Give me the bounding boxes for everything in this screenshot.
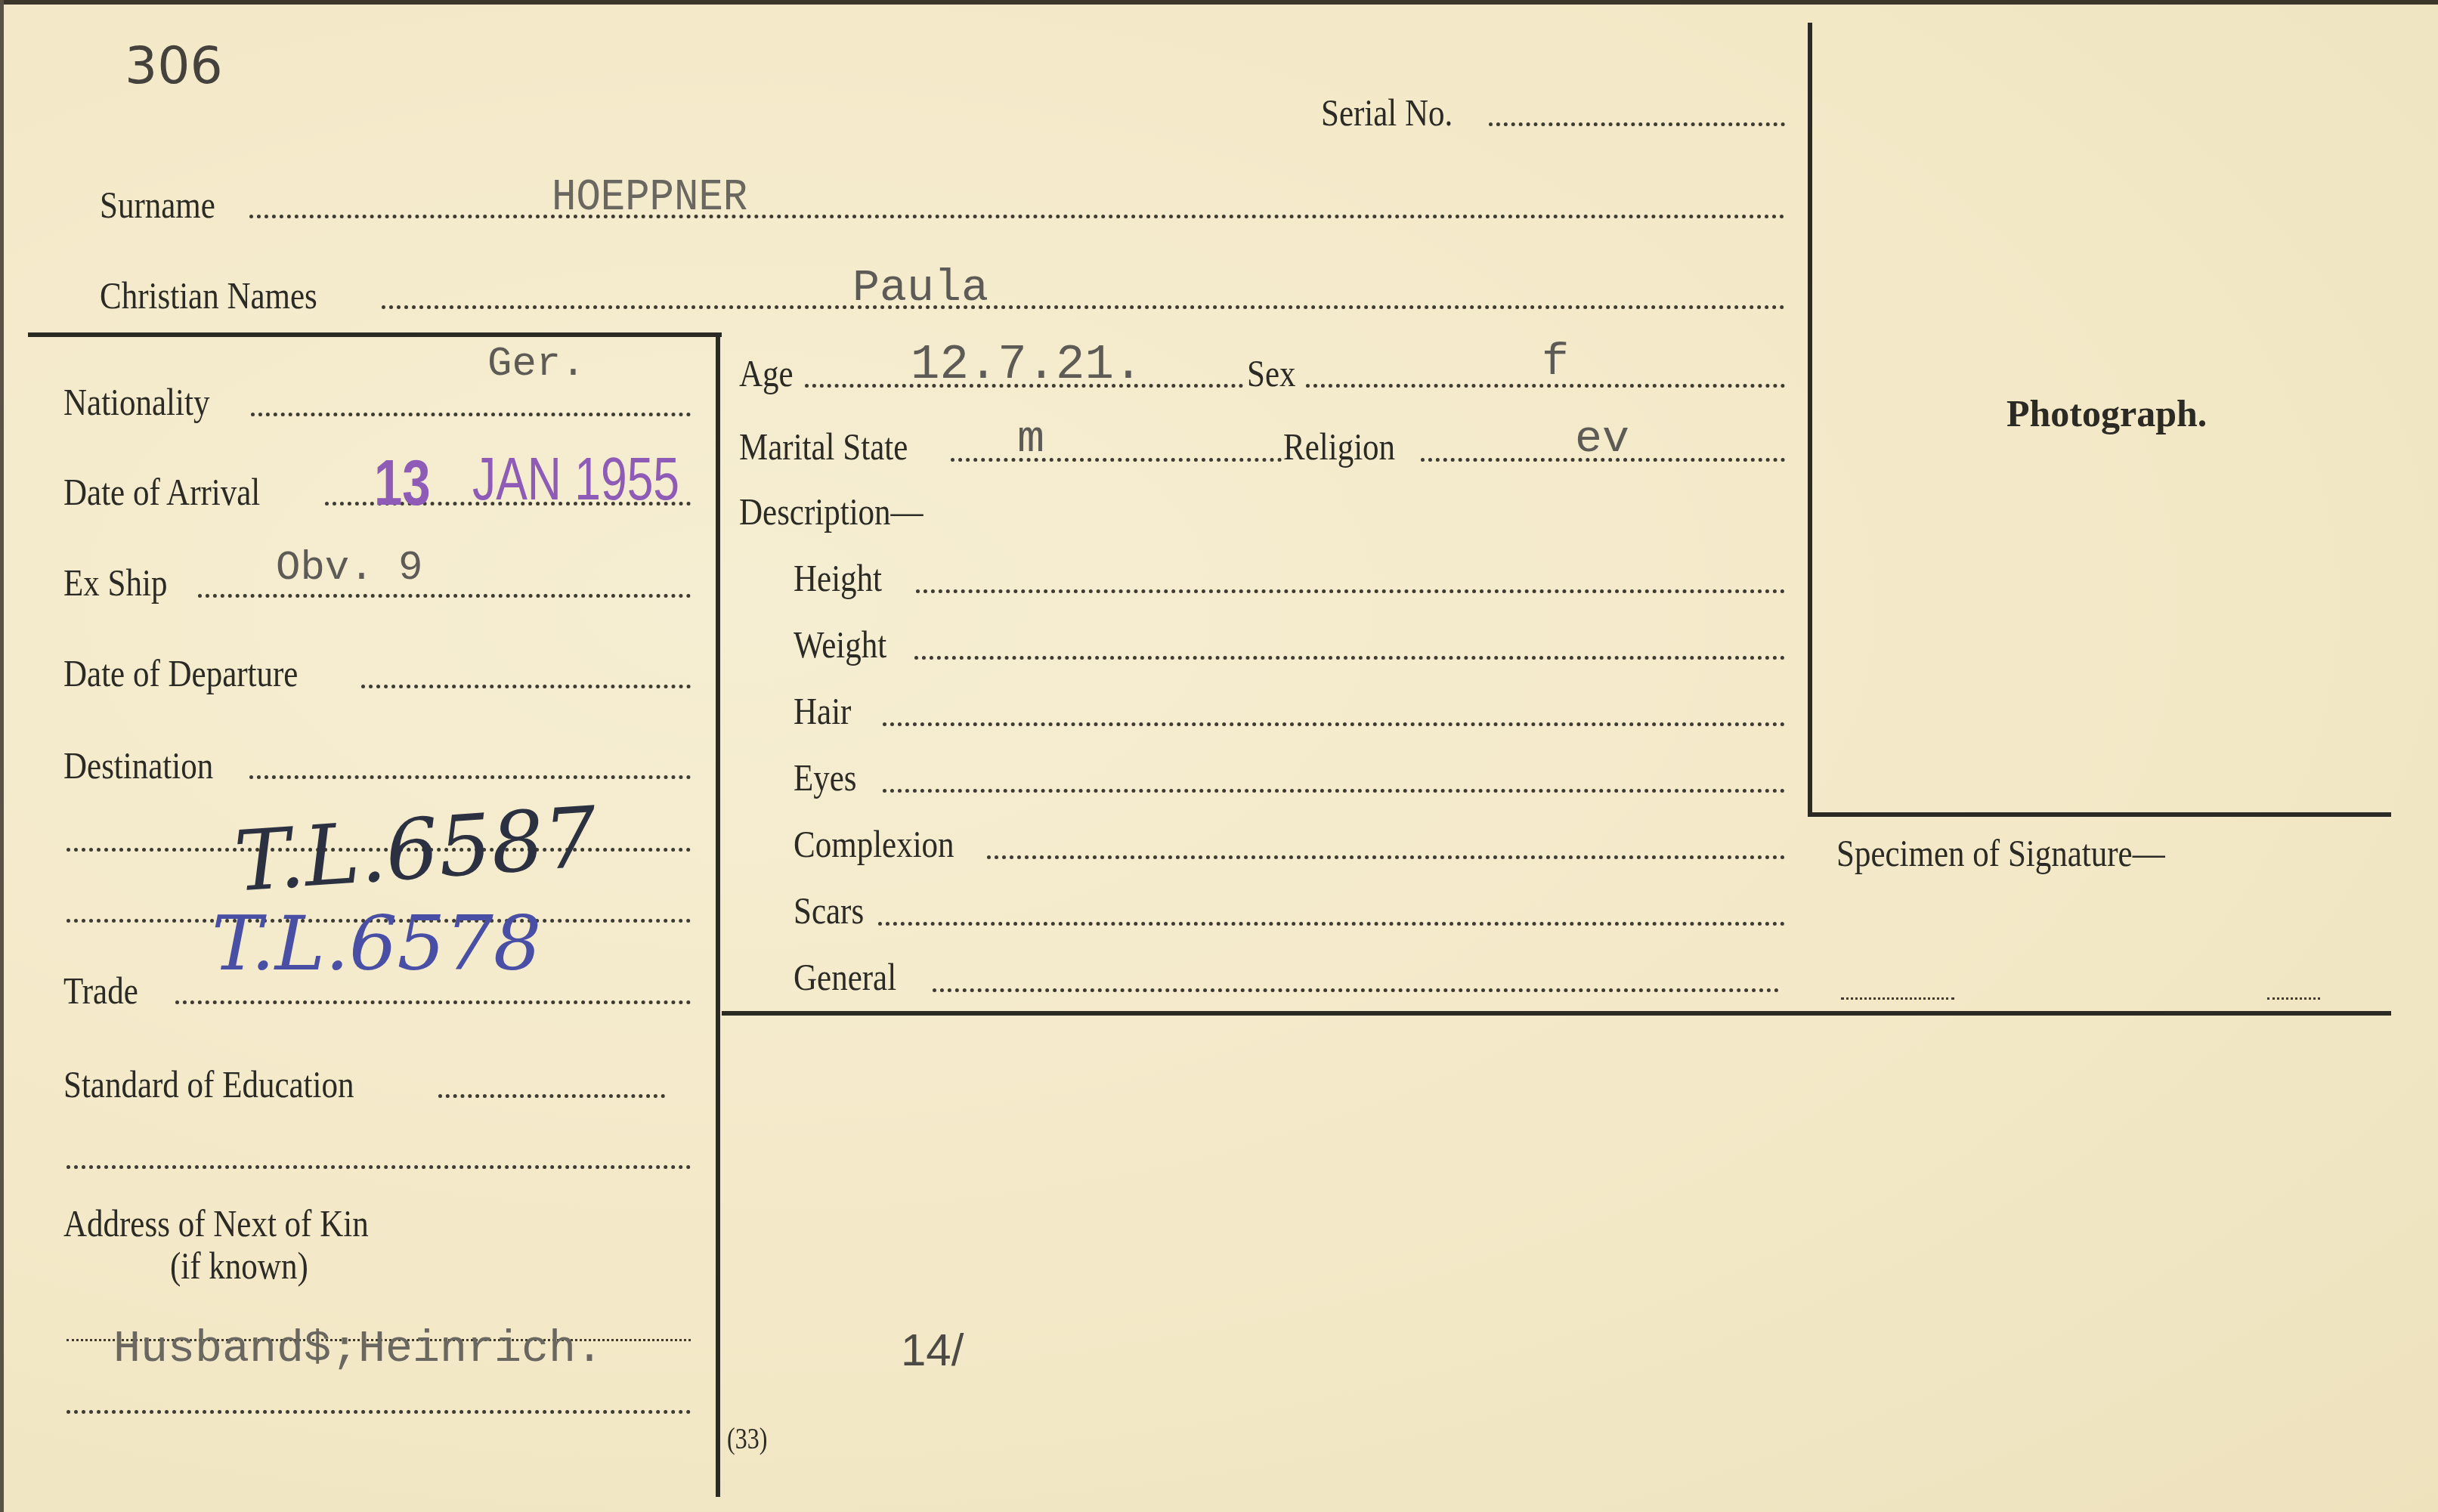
card-top-edge: [0, 0, 2438, 5]
height-field[interactable]: [916, 589, 1785, 593]
complexion-label: Complexion: [794, 822, 954, 866]
height-label: Height: [794, 556, 882, 600]
sex-value: f: [1542, 337, 1569, 388]
eyes-label: Eyes: [794, 756, 857, 799]
next-of-kin-value: Husband$;Heinrich.: [113, 1324, 603, 1375]
weight-field[interactable]: [914, 656, 1785, 660]
eyes-field[interactable]: [883, 789, 1785, 793]
ex-ship-field[interactable]: [198, 594, 691, 598]
left-column-divider: [716, 332, 720, 1497]
registration-card: 306 Serial No. Photograph. Surname HOEPP…: [0, 0, 2438, 1512]
weight-label: Weight: [794, 623, 886, 666]
christian-names-value: Paula: [852, 263, 989, 314]
destination-label: Destination: [63, 744, 213, 787]
scars-label: Scars: [794, 889, 864, 932]
date-of-arrival-label: Date of Arrival: [63, 470, 260, 514]
next-of-kin-field-line-2[interactable]: [67, 1410, 691, 1414]
standard-of-education-label: Standard of Education: [63, 1062, 354, 1106]
marital-state-value: m: [1017, 414, 1044, 465]
signature-field-end[interactable]: [2267, 997, 2320, 1000]
photo-box-left-border: [1808, 23, 1812, 816]
signature-label: Specimen of Signature—: [1836, 831, 2165, 875]
christian-names-field[interactable]: [382, 305, 1785, 309]
religion-label: Religion: [1283, 425, 1395, 468]
hair-label: Hair: [794, 689, 851, 733]
marital-state-field[interactable]: [951, 458, 1282, 462]
religion-value: ev: [1575, 414, 1629, 465]
surname-value: HOEPPNER: [552, 172, 747, 224]
age-label: Age: [739, 351, 794, 395]
pencil-note: 14/: [901, 1324, 964, 1376]
nationality-value: Ger.: [487, 342, 586, 388]
nationality-field[interactable]: [251, 413, 691, 416]
surname-field[interactable]: [249, 215, 1785, 218]
age-value: 12.7.21.: [911, 339, 1143, 393]
signature-field[interactable]: [1841, 997, 1954, 1000]
serial-no-field[interactable]: [1489, 122, 1785, 126]
arrival-stamp-month-year: JAN 1955: [472, 444, 679, 514]
nationality-label: Nationality: [63, 380, 209, 424]
serial-no-label: Serial No.: [1321, 91, 1453, 135]
complexion-field[interactable]: [987, 855, 1785, 859]
hair-field[interactable]: [883, 722, 1785, 726]
card-left-edge: [0, 0, 4, 1512]
ex-ship-value: Obv. 9: [276, 546, 422, 592]
photograph-label: Photograph.: [2006, 391, 2207, 435]
ex-ship-label: Ex Ship: [63, 561, 167, 604]
photo-box-bottom-border: [1808, 812, 2391, 817]
general-label: General: [794, 955, 896, 999]
trade-label: Trade: [63, 969, 138, 1013]
left-section-top-rule: [28, 332, 722, 337]
handwritten-note-black: T.L.6587: [231, 788, 600, 910]
next-of-kin-sublabel: (if known): [170, 1244, 308, 1288]
general-field[interactable]: [933, 988, 1779, 992]
next-of-kin-label: Address of Next of Kin: [63, 1201, 369, 1245]
description-bottom-rule: [722, 1011, 2391, 1016]
description-heading: Description—: [739, 490, 924, 533]
sex-label: Sex: [1247, 351, 1296, 395]
handwritten-note-blue: T.L.6578: [212, 899, 541, 988]
date-of-departure-field[interactable]: [361, 685, 691, 688]
christian-names-label: Christian Names: [100, 274, 317, 317]
trade-field[interactable]: [175, 1000, 691, 1004]
form-code: (33): [727, 1421, 767, 1456]
standard-of-education-field[interactable]: [438, 1094, 665, 1098]
destination-field[interactable]: [249, 775, 691, 779]
date-of-departure-label: Date of Departure: [63, 651, 298, 695]
card-number: 306: [125, 36, 223, 96]
arrival-stamp-day: 13: [374, 446, 431, 521]
scars-field[interactable]: [878, 922, 1785, 926]
surname-label: Surname: [100, 183, 215, 227]
marital-state-label: Marital State: [739, 425, 908, 468]
standard-of-education-field-line-2[interactable]: [67, 1165, 691, 1169]
